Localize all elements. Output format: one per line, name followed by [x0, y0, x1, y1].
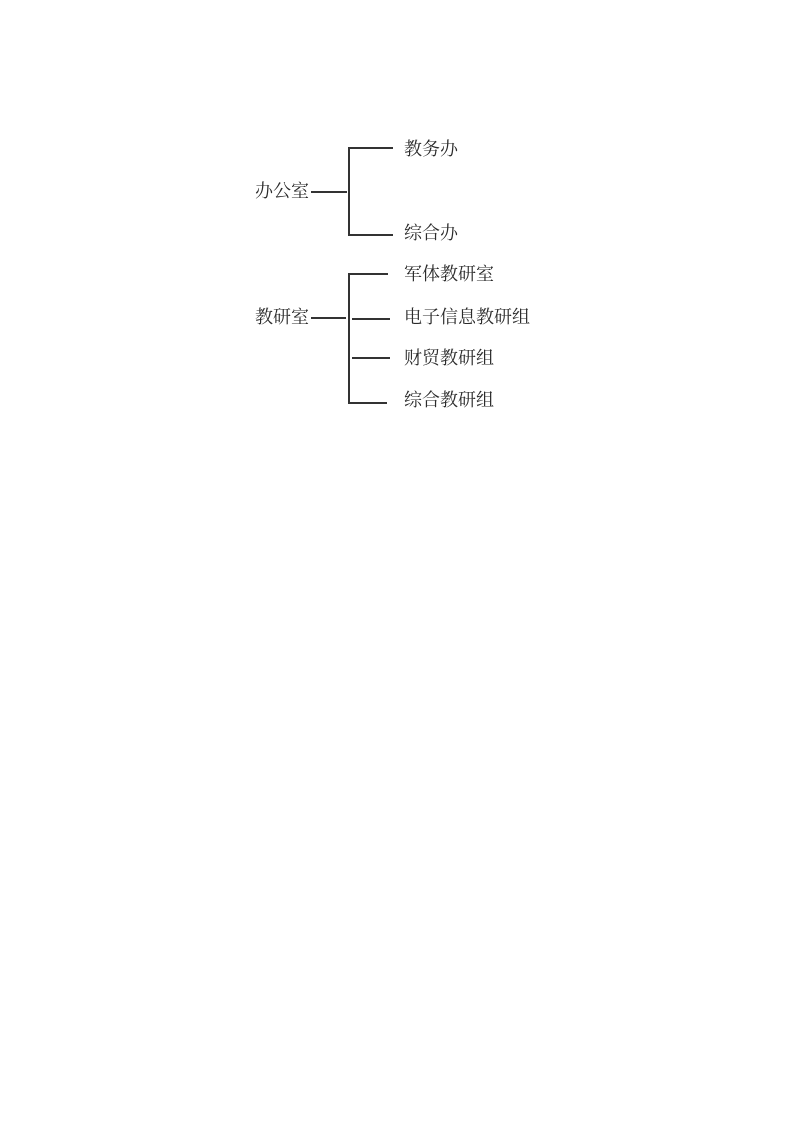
child-node: 电子信息教研组 — [404, 307, 530, 329]
document-page: 办公室 教务办 综合办 教研室 军体教研室 电子信息教研组 财贸教研组 综合教研… — [0, 0, 793, 1122]
connector-branch — [348, 402, 387, 404]
connector-stem — [311, 191, 347, 193]
connector-stem — [311, 317, 346, 319]
connector-branch — [348, 147, 393, 149]
child-node: 军体教研室 — [404, 264, 494, 286]
child-node: 教务办 — [404, 139, 458, 161]
root-node-office: 办公室 — [255, 181, 309, 203]
connector-branch — [352, 357, 390, 359]
connector-branch — [350, 273, 388, 275]
child-node: 财贸教研组 — [404, 348, 494, 370]
root-node-teaching-research: 教研室 — [255, 307, 309, 329]
bracket-vertical — [348, 147, 350, 236]
connector-branch — [352, 318, 390, 320]
connector-branch — [348, 234, 393, 236]
child-node: 综合办 — [404, 223, 458, 245]
bracket-vertical — [348, 273, 350, 404]
child-node: 综合教研组 — [404, 390, 494, 412]
